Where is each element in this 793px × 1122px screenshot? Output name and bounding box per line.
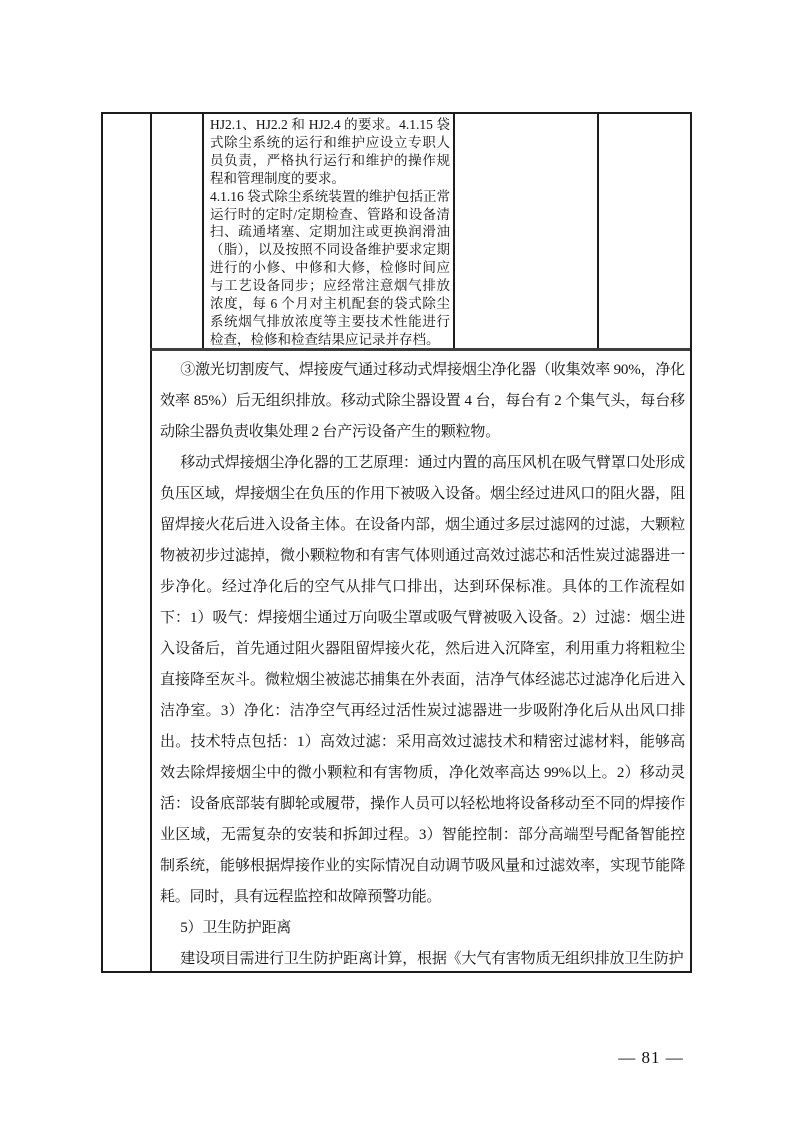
requirements-cell: HJ2.1、HJ2.2 和 HJ2.4 的要求。4.1.15 袋式除尘系统的运行… — [204, 114, 453, 348]
body-paragraph-purifier-principle: 移动式焊接烟尘净化器的工艺原理：通过内置的高压风机在吸气臂罩口处形成负压区域，焊… — [160, 448, 685, 913]
table-vertical-line-3 — [453, 114, 455, 348]
body-paragraph-sanitary-distance: 建设项目需进行卫生防护距离计算，根据《大气有害物质无组织排放卫生防护 — [160, 944, 685, 971]
document-page: HJ2.1、HJ2.2 和 HJ2.4 的要求。4.1.15 袋式除尘系统的运行… — [0, 0, 793, 1122]
body-heading-sanitary-distance: 5）卫生防护距离 — [160, 913, 685, 944]
document-table: HJ2.1、HJ2.2 和 HJ2.4 的要求。4.1.15 袋式除尘系统的运行… — [101, 112, 692, 973]
requirements-paragraph: HJ2.1、HJ2.2 和 HJ2.4 的要求。4.1.15 袋式除尘系统的运行… — [210, 116, 450, 188]
table-vertical-line-4 — [597, 114, 599, 348]
body-paragraph-exhaust-summary: ③激光切割废气、焊接废气通过移动式焊接烟尘净化器（收集效率 90%，净化效率 8… — [160, 355, 685, 448]
main-text-cell: ③激光切割废气、焊接废气通过移动式焊接烟尘净化器（收集效率 90%，净化效率 8… — [152, 351, 690, 971]
page-number: — 81 — — [591, 1048, 711, 1068]
requirements-paragraph: 4.1.16 袋式除尘系统装置的维护包括正常运行时的定时/定期检查、管路和设备清… — [210, 188, 450, 348]
